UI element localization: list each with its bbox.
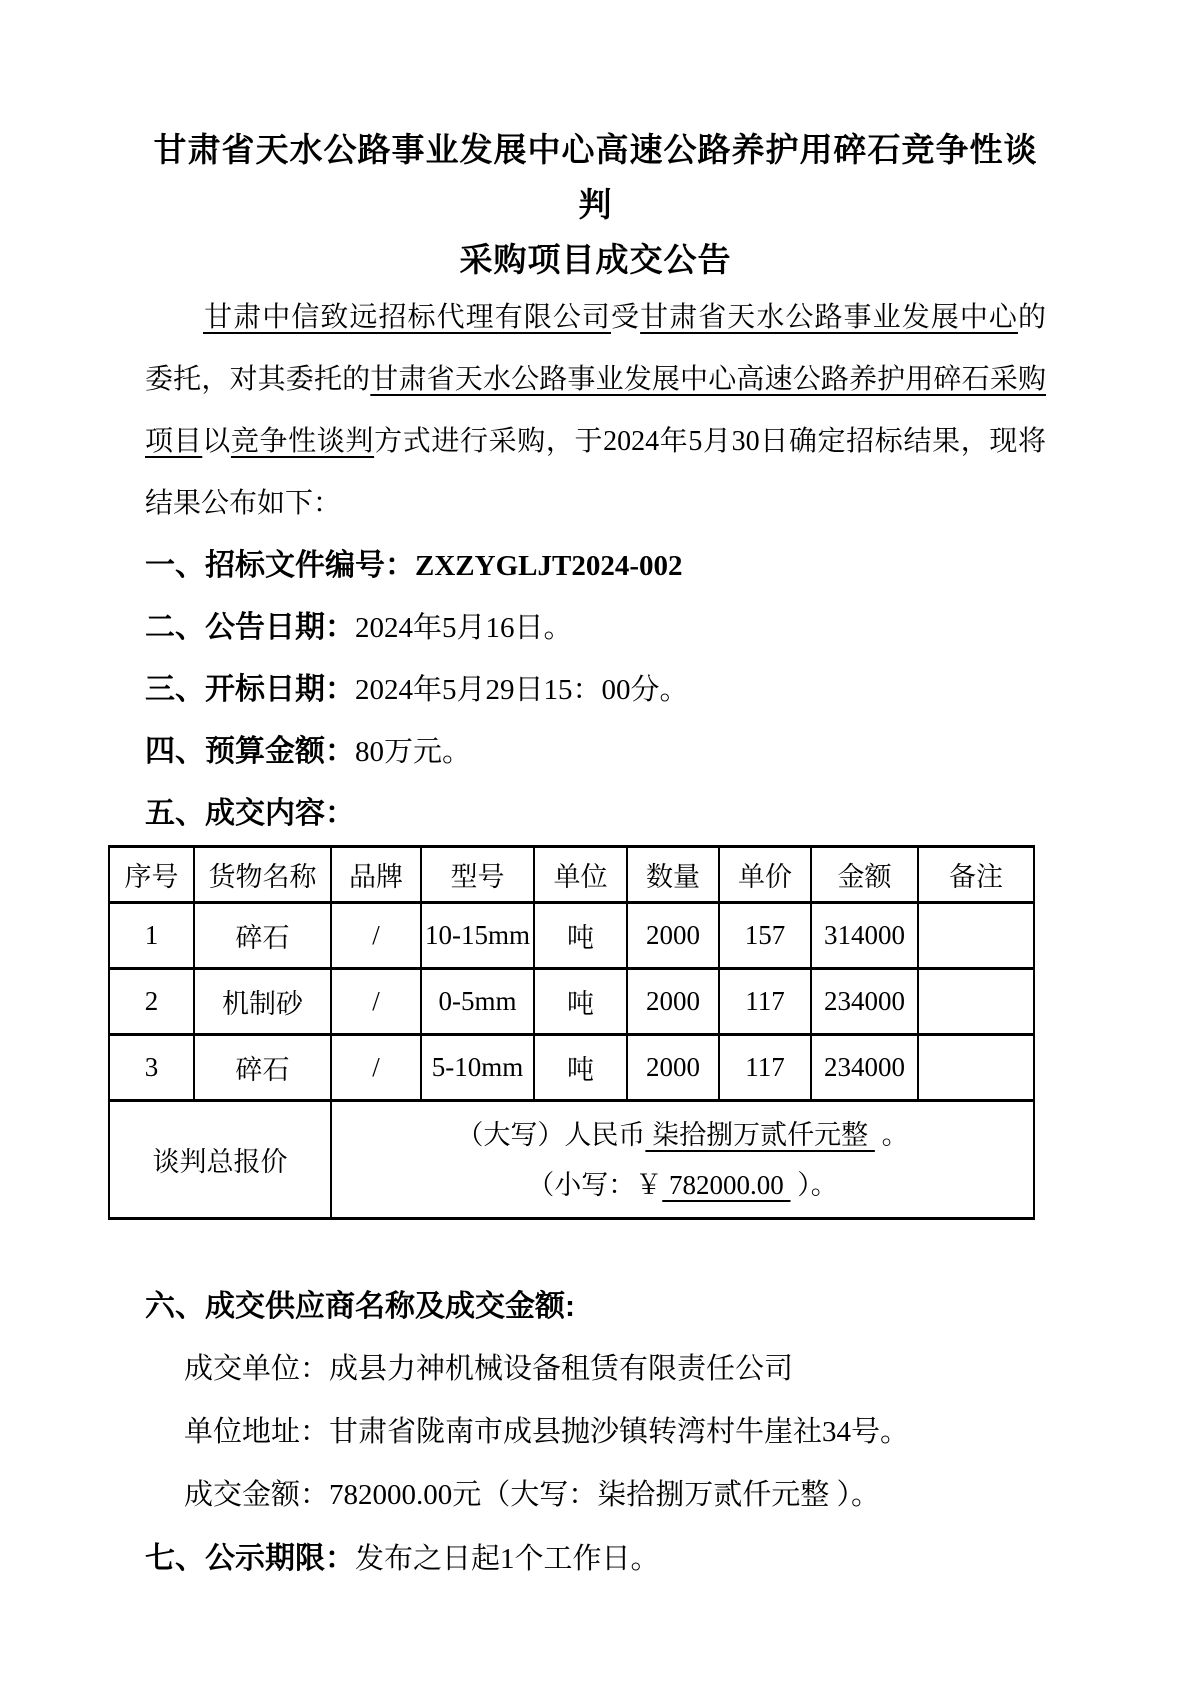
publicity-period-value: 发布之日起1个工作日。 — [355, 1543, 660, 1575]
amount-words-prefix: （大写）人民币 — [456, 1120, 645, 1150]
supplier-section-heading: 六、成交供应商名称及成交金额: — [145, 1275, 1046, 1338]
document-page: 甘肃省天水公路事业发展中心高速公路养护用碎石竞争性谈判 采购项目成交公告 甘肃中… — [0, 0, 1191, 1684]
cell-brand: / — [331, 969, 421, 1035]
cell-quantity: 2000 — [627, 903, 719, 969]
intro-line-3: 项目以竞争性谈判方式进行采购，于2024年5月30日确定招标结果，现将 — [145, 411, 1046, 473]
table-row: 2 机制砂 / 0-5mm 吨 2000 117 234000 — [109, 969, 1034, 1035]
cell-quantity: 2000 — [627, 1035, 719, 1101]
agency-name: 甘肃中信致远招标代理有限公司 — [203, 302, 611, 333]
amount-in-figures: 782000.00 — [662, 1170, 790, 1200]
intro-paragraph: 甘肃中信致远招标代理有限公司受甘肃省天水公路事业发展中心的 委托，对其委托的甘肃… — [145, 287, 1046, 535]
document-title: 甘肃省天水公路事业发展中心高速公路养护用碎石竞争性谈判 采购项目成交公告 — [145, 122, 1046, 287]
cell-remark — [918, 903, 1034, 969]
cell-unit: 吨 — [534, 969, 627, 1035]
title-line-1: 甘肃省天水公路事业发展中心高速公路养护用碎石竞争性谈判 — [145, 122, 1046, 232]
section-bid-opening-date: 三、开标日期：2024年5月29日15：00分。 — [145, 659, 1046, 721]
intro-line-1: 甘肃中信致远招标代理有限公司受甘肃省天水公路事业发展中心的 — [145, 287, 1046, 349]
intro-text: 以 — [202, 426, 231, 457]
announcement-date-value: 2024年5月16日。 — [355, 612, 573, 644]
section-label: 四、预算金额： — [145, 735, 355, 768]
header-quantity: 数量 — [627, 847, 719, 903]
cell-unit: 吨 — [534, 1035, 627, 1101]
table-row: 3 碎石 / 5-10mm 吨 2000 117 234000 — [109, 1035, 1034, 1101]
section-label: 一、招标文件编号： — [145, 549, 415, 582]
cell-goods-name: 碎石 — [194, 903, 331, 969]
deal-content-table: 序号 货物名称 品牌 型号 单位 数量 单价 金额 备注 1 碎石 / 10-1… — [108, 845, 1035, 1220]
header-unit-price: 单价 — [719, 847, 811, 903]
intro-text: 委托，对其委托的 — [145, 364, 370, 395]
deal-amount-line: 成交金额：782000.00元（大写：柒拾捌万贰仟元整 ）。 — [145, 1464, 1046, 1527]
section-tender-doc-number: 一、招标文件编号：ZXZYGLJT2024-002 — [145, 535, 1046, 597]
total-price-amounts: （大写）人民币 柒拾捌万贰仟元整 。 （小写：￥ 782000.00 ）。 — [331, 1101, 1034, 1219]
cell-seq: 1 — [109, 903, 194, 969]
header-seq: 序号 — [109, 847, 194, 903]
cell-amount: 234000 — [811, 969, 918, 1035]
cell-unit: 吨 — [534, 903, 627, 969]
section-announcement-date: 二、公告日期：2024年5月16日。 — [145, 597, 1046, 659]
cell-seq: 2 — [109, 969, 194, 1035]
intro-text: 的 — [1018, 302, 1046, 333]
tender-doc-number-value: ZXZYGLJT2024-002 — [415, 550, 682, 582]
header-model: 型号 — [421, 847, 534, 903]
supplier-name-line: 成交单位：成县力神机械设备租赁有限责任公司 — [145, 1338, 1046, 1401]
cell-goods-name: 机制砂 — [194, 969, 331, 1035]
cell-model: 0-5mm — [421, 969, 534, 1035]
cell-remark — [918, 1035, 1034, 1101]
intro-text: 方式进行采购，于2024年5月30日确定招标结果，现将 — [374, 426, 1046, 457]
supplier-section: 六、成交供应商名称及成交金额: 成交单位：成县力神机械设备租赁有限责任公司 单位… — [145, 1275, 1046, 1590]
amount-figures-prefix: （小写：￥ — [527, 1170, 662, 1200]
title-line-2: 采购项目成交公告 — [145, 232, 1046, 287]
section-label: 二、公告日期： — [145, 611, 355, 644]
amount-in-words: 柒拾捌万贰仟元整 — [645, 1120, 875, 1150]
header-amount: 金额 — [811, 847, 918, 903]
cell-brand: / — [331, 1035, 421, 1101]
table-row: 1 碎石 / 10-15mm 吨 2000 157 314000 — [109, 903, 1034, 969]
cell-amount: 234000 — [811, 1035, 918, 1101]
intro-line-2: 委托，对其委托的甘肃省天水公路事业发展中心高速公路养护用碎石采购 — [145, 349, 1046, 411]
table-header-row: 序号 货物名称 品牌 型号 单位 数量 单价 金额 备注 — [109, 847, 1034, 903]
procurement-method: 竞争性谈判 — [231, 426, 374, 457]
project-name-part1: 甘肃省天水公路事业发展中心高速公路养护用碎石采购 — [370, 364, 1046, 395]
cell-model: 10-15mm — [421, 903, 534, 969]
table-total-row: 谈判总报价 （大写）人民币 柒拾捌万贰仟元整 。 （小写：￥ 782000.00… — [109, 1101, 1034, 1219]
amount-words-suffix: 。 — [875, 1120, 909, 1150]
header-brand: 品牌 — [331, 847, 421, 903]
cell-unit-price: 117 — [719, 969, 811, 1035]
section-label: 五、成交内容： — [145, 797, 355, 830]
section-budget-amount: 四、预算金额：80万元。 — [145, 721, 1046, 783]
cell-brand: / — [331, 903, 421, 969]
cell-seq: 3 — [109, 1035, 194, 1101]
cell-model: 5-10mm — [421, 1035, 534, 1101]
publicity-period-label: 七、公示期限： — [145, 1542, 355, 1575]
amount-in-words-line: （大写）人民币 柒拾捌万贰仟元整 。 — [332, 1110, 1033, 1160]
intro-text: 受 — [611, 302, 640, 333]
supplier-address-line: 单位地址：甘肃省陇南市成县抛沙镇转湾村牛崖社34号。 — [145, 1401, 1046, 1464]
header-unit: 单位 — [534, 847, 627, 903]
bid-opening-date-value: 2024年5月29日15：00分。 — [355, 674, 689, 706]
document-content: 甘肃省天水公路事业发展中心高速公路养护用碎石竞争性谈判 采购项目成交公告 甘肃中… — [0, 0, 1191, 1590]
header-goods-name: 货物名称 — [194, 847, 331, 903]
amount-in-figures-line: （小写：￥ 782000.00 ）。 — [332, 1160, 1033, 1210]
budget-amount-value: 80万元。 — [355, 736, 471, 768]
cell-amount: 314000 — [811, 903, 918, 969]
total-price-label: 谈判总报价 — [109, 1101, 331, 1219]
header-remark: 备注 — [918, 847, 1034, 903]
section-deal-content: 五、成交内容： — [145, 783, 1046, 845]
cell-unit-price: 157 — [719, 903, 811, 969]
intro-line-4: 结果公布如下： — [145, 473, 1046, 535]
publicity-period-line: 七、公示期限：发布之日起1个工作日。 — [145, 1527, 1046, 1590]
cell-unit-price: 117 — [719, 1035, 811, 1101]
amount-figures-suffix: ）。 — [791, 1170, 838, 1200]
project-name-part2: 项目 — [145, 426, 202, 457]
cell-quantity: 2000 — [627, 969, 719, 1035]
purchaser-name: 甘肃省天水公路事业发展中心 — [640, 302, 1018, 333]
section-label: 三、开标日期： — [145, 673, 355, 706]
cell-remark — [918, 969, 1034, 1035]
cell-goods-name: 碎石 — [194, 1035, 331, 1101]
